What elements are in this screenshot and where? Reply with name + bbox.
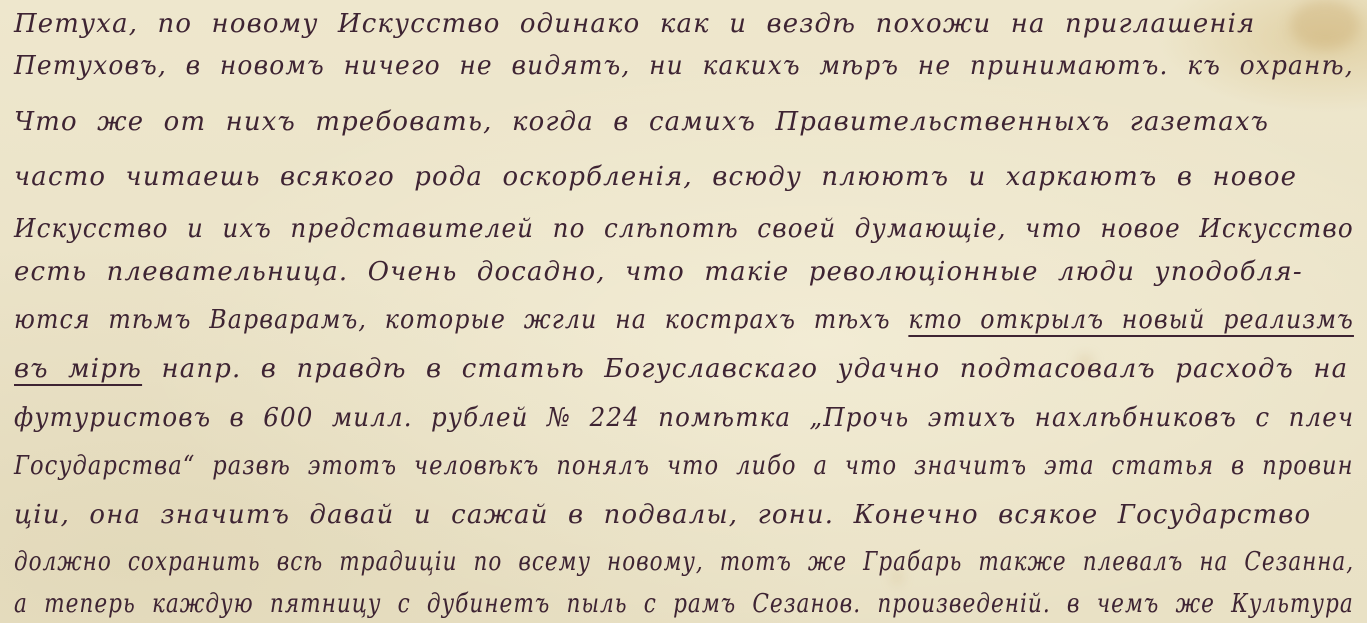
- manuscript-line: Государства“ развѣ этотъ человѣкъ понялъ…: [14, 444, 1183, 488]
- manuscript-line: должно сохранить всѣ традиціи по всему н…: [14, 540, 1126, 584]
- line-text: Искусство и ихъ представителей по слѣпот…: [14, 214, 1354, 244]
- manuscript-line: ются тѣмъ Варварамъ, которые жгли на кос…: [14, 298, 1239, 342]
- manuscript-line: ціи, она значитъ давай и сажай в подвалы…: [14, 493, 1354, 537]
- line-text: часто читаешь всякого рода оскорбленія, …: [14, 162, 1297, 192]
- line-text: напр. в правдѣ в статьѣ Богуславскаго уд…: [142, 354, 1348, 384]
- manuscript-line: футуристовъ в 600 милл. рублей № 224 пом…: [14, 396, 1282, 440]
- underlined-phrase: въ мірѣ: [14, 354, 142, 384]
- line-text: есть плевательница. Очень досадно, что т…: [14, 257, 1303, 287]
- manuscript-line: Что же от нихъ требовать, когда в самихъ…: [14, 100, 1354, 144]
- underlined-phrase: кто открылъ новый реализмъ: [908, 305, 1354, 335]
- manuscript-page: Петуха, по новому Искусство одинако как …: [0, 0, 1367, 623]
- line-text: ціи, она значитъ давай и сажай в подвалы…: [14, 500, 1311, 530]
- manuscript-line: Искусство и ихъ представителей по слѣпот…: [14, 207, 1288, 251]
- manuscript-line: а теперь каждую пятницу с дубинетъ пыль …: [14, 582, 1133, 623]
- line-text: ются тѣмъ Варварамъ, которые жгли на кос…: [14, 305, 908, 335]
- manuscript-line: часто читаешь всякого рода оскорбленія, …: [14, 155, 1354, 199]
- manuscript-line: Петуховъ, в новомъ ничего не видятъ, ни …: [14, 44, 1303, 88]
- manuscript-line: есть плевательница. Очень досадно, что т…: [14, 250, 1354, 294]
- line-text: должно сохранить всѣ традиціи по всему н…: [14, 547, 1354, 577]
- manuscript-line: Петуха, по новому Искусство одинако как …: [14, 2, 1354, 46]
- line-text: футуристовъ в 600 милл. рублей № 224 пом…: [14, 403, 1354, 433]
- line-text: Государства“ развѣ этотъ человѣкъ понялъ…: [14, 451, 1354, 481]
- manuscript-line: въ мірѣ напр. в правдѣ в статьѣ Богуслав…: [14, 347, 1354, 391]
- line-text: Петуховъ, в новомъ ничего не видятъ, ни …: [14, 51, 1354, 81]
- line-text: Что же от нихъ требовать, когда в самихъ…: [14, 107, 1269, 137]
- line-text: а теперь каждую пятницу с дубинетъ пыль …: [14, 589, 1354, 619]
- line-text: Петуха, по новому Искусство одинако как …: [14, 9, 1255, 39]
